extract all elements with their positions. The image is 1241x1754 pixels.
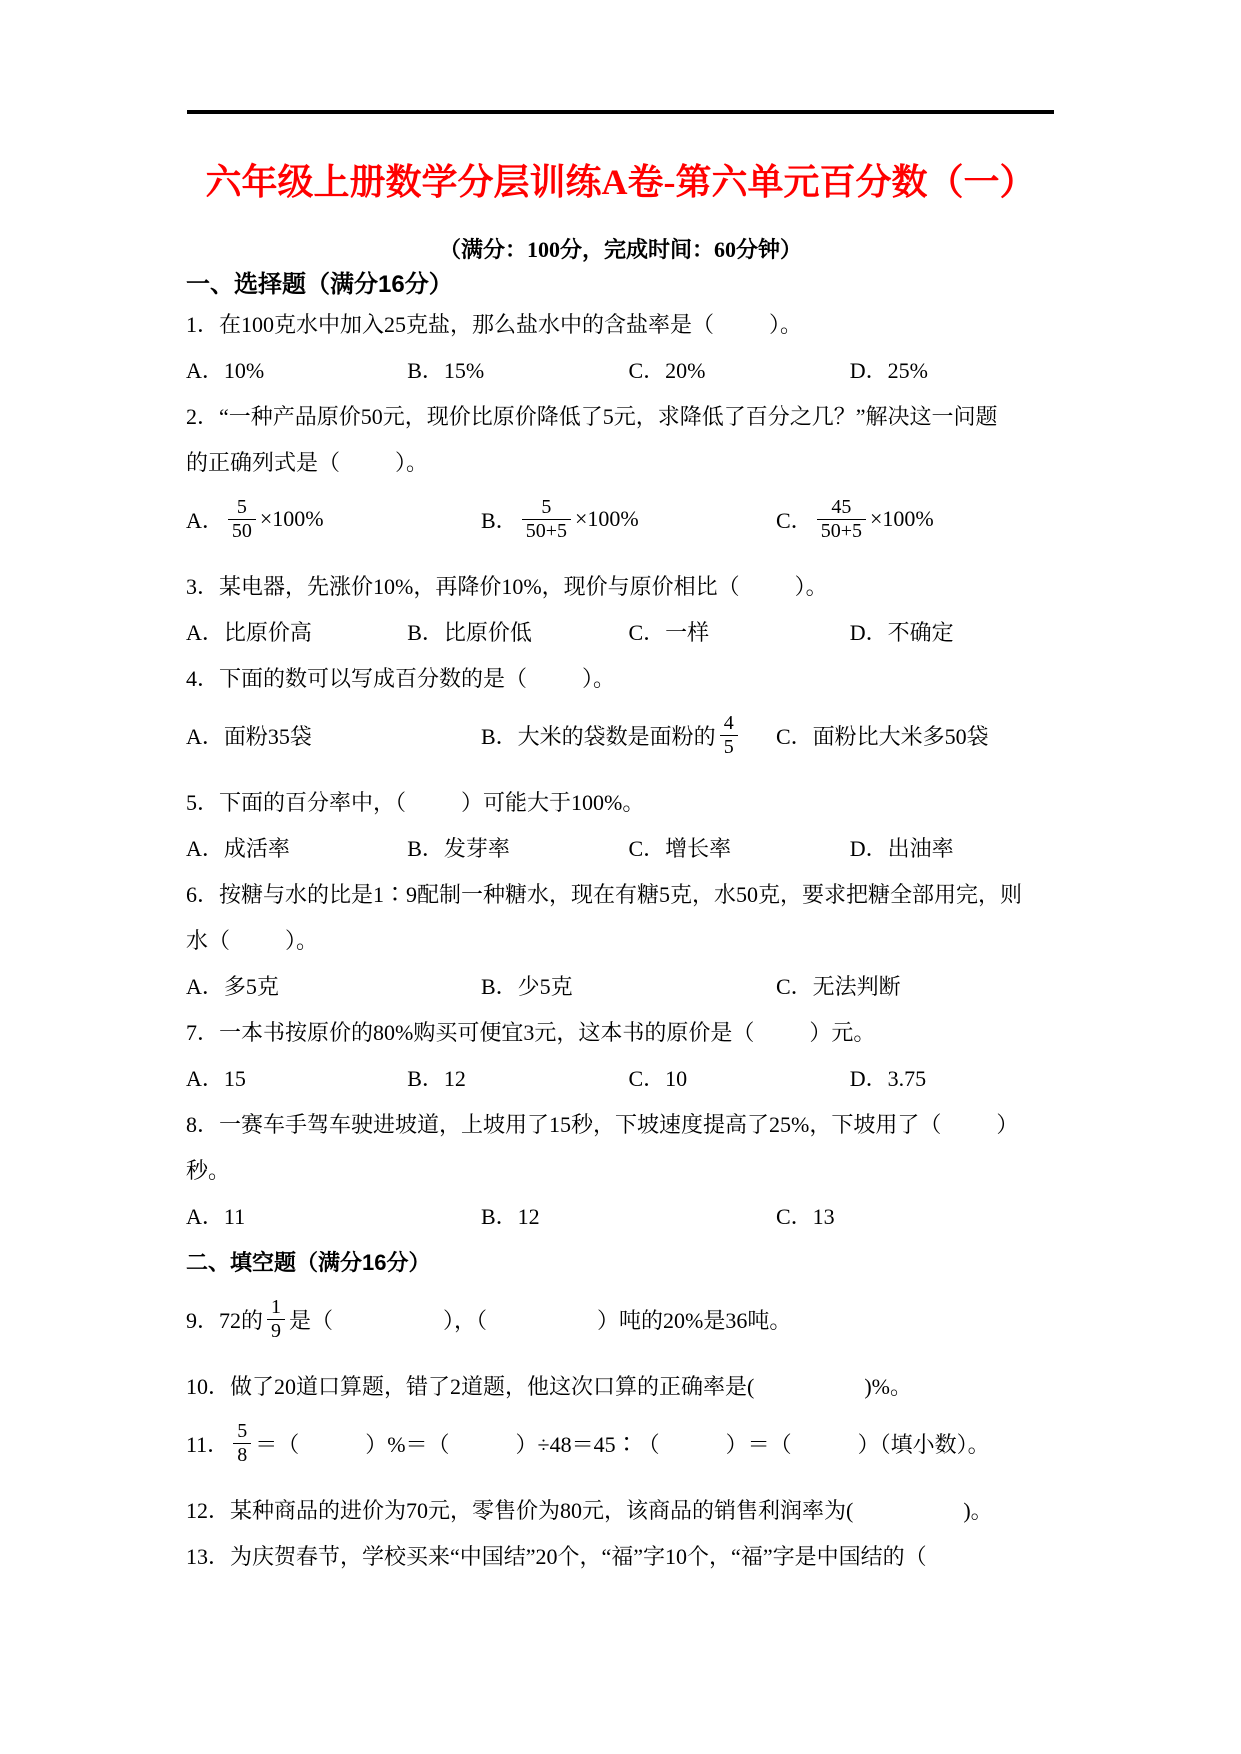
fraction-numerator: 5: [233, 496, 251, 519]
question-5-option-b: B．发芽率: [407, 832, 628, 863]
question-1-text: 1．在100克水中加入25克盐，那么盐水中的含盐率是（ ）。: [186, 308, 802, 339]
question-10: 10．做了20道口算题，错了2道题，他这次口算的正确率是( )%。: [186, 1362, 1071, 1408]
header-rule: [187, 110, 1054, 114]
question-1-option-a: A．10%: [186, 354, 407, 385]
exam-subtitle: （满分：100分，完成时间：60分钟）: [0, 238, 1241, 262]
question-6-options: A．多5克 B．少5克 C．无法判断: [186, 962, 1071, 1008]
question-4-option-a: A．面粉35袋: [186, 720, 481, 751]
question-7-option-a: A．15: [186, 1062, 407, 1093]
question-13: 13．为庆贺春节，学校买来“中国结”20个，“福”字10个，“福”字是中国结的（: [186, 1532, 1071, 1578]
question-4-option-b: B．大米的袋数是面粉的 4 5: [481, 712, 776, 759]
question-9-suffix: 是（ ），（ ）吨的20%是36吨。: [289, 1304, 791, 1335]
question-3-option-c: C．一样: [629, 616, 850, 647]
fraction-numerator: 45: [827, 496, 855, 519]
question-7-option-b: B．12: [407, 1062, 628, 1093]
question-5-text: 5．下面的百分率中，（ ）可能大于100%。: [186, 786, 644, 817]
question-12-text: 12．某种商品的进价为70元，零售价为80元，该商品的销售利润率为( )。: [186, 1494, 993, 1525]
question-2-option-b: B． 5 50+5 ×100%: [481, 496, 776, 543]
question-8-text-1: 8．一赛车手驾车驶进坡道，上坡用了15秒，下坡速度提高了25%，下坡用了（ ）: [186, 1108, 1018, 1139]
question-2-option-c: C． 45 50+5 ×100%: [776, 496, 1071, 543]
question-2-line-2: 的正确列式是（ ）。: [186, 438, 1071, 484]
question-11-suffix: ＝（ ）%＝（ ）÷48＝45∶（ ）＝（ ）（填小数）。: [255, 1428, 989, 1459]
fraction-denominator: 50: [228, 519, 256, 543]
question-6-option-c: C．无法判断: [776, 970, 1071, 1001]
question-6-text-2: 水（ ）。: [186, 924, 318, 955]
option-text: B．大米的袋数是面粉的: [481, 720, 716, 751]
fraction-numerator: 5: [537, 496, 555, 519]
question-6-line-2: 水（ ）。: [186, 916, 1071, 962]
question-4-options: A．面粉35袋 B．大米的袋数是面粉的 4 5 C．面粉比大米多50袋: [186, 700, 1071, 770]
question-13-text: 13．为庆贺春节，学校买来“中国结”20个，“福”字10个，“福”字是中国结的（: [186, 1540, 927, 1571]
section-choice-heading: 一、选择题（满分16分）: [186, 262, 1071, 300]
fraction-numerator: 4: [720, 712, 738, 735]
question-1: 1．在100克水中加入25克盐，那么盐水中的含盐率是（ ）。: [186, 300, 1071, 346]
exam-title: 六年级上册数学分层训练A卷-第六单元百分数（一）: [40, 160, 1201, 204]
option-suffix: ×100%: [870, 506, 934, 532]
question-7-options: A．15 B．12 C．10 D．3.75: [186, 1054, 1071, 1100]
question-2-text-2: 的正确列式是（ ）。: [186, 446, 428, 477]
question-3-option-b: B．比原价低: [407, 616, 628, 647]
section-fill-heading: 二、填空题（满分16分）: [186, 1238, 1071, 1284]
question-9: 9．72的 1 9 是（ ），（ ）吨的20%是36吨。: [186, 1284, 1071, 1354]
exam-body: 一、选择题（满分16分） 1．在100克水中加入25克盐，那么盐水中的含盐率是（…: [0, 262, 1241, 1578]
question-5-option-d: D．出油率: [850, 832, 1071, 863]
question-1-option-d: D．25%: [850, 354, 1071, 385]
question-9-prefix: 9．72的: [186, 1304, 263, 1335]
question-3-option-a: A．比原价高: [186, 616, 407, 647]
option-label: B．: [481, 504, 518, 535]
exam-page: 六年级上册数学分层训练A卷-第六单元百分数（一） （满分：100分，完成时间：6…: [0, 0, 1241, 1754]
question-3-option-d: D．不确定: [850, 616, 1071, 647]
question-3-options: A．比原价高 B．比原价低 C．一样 D．不确定: [186, 608, 1071, 654]
option-suffix: ×100%: [575, 506, 639, 532]
question-8-line-2: 秒。: [186, 1146, 1071, 1192]
question-6-text-1: 6．按糖与水的比是1∶9配制一种糖水，现在有糖5克，水50克，要求把糖全部用完，…: [186, 878, 1022, 909]
question-5: 5．下面的百分率中，（ ）可能大于100%。: [186, 778, 1071, 824]
question-4-option-c: C．面粉比大米多50袋: [776, 720, 1071, 751]
fraction-numerator: 1: [267, 1296, 285, 1319]
question-8-option-b: B．12: [481, 1200, 776, 1231]
question-1-option-c: C．20%: [629, 354, 850, 385]
option-label: C．: [776, 504, 813, 535]
question-8-line-1: 8．一赛车手驾车驶进坡道，上坡用了15秒，下坡速度提高了25%，下坡用了（ ）: [186, 1100, 1071, 1146]
question-8-option-c: C．13: [776, 1200, 1071, 1231]
question-6-option-b: B．少5克: [481, 970, 776, 1001]
question-5-option-a: A．成活率: [186, 832, 407, 863]
question-12: 12．某种商品的进价为70元，零售价为80元，该商品的销售利润率为( )。: [186, 1486, 1071, 1532]
question-7-option-c: C．10: [629, 1062, 850, 1093]
fraction-denominator: 50+5: [522, 519, 571, 543]
question-6-line-1: 6．按糖与水的比是1∶9配制一种糖水，现在有糖5克，水50克，要求把糖全部用完，…: [186, 870, 1071, 916]
fraction: 5 50: [228, 496, 256, 543]
fraction: 1 9: [267, 1296, 285, 1343]
question-8-option-a: A．11: [186, 1200, 481, 1231]
question-11: 11． 5 8 ＝（ ）%＝（ ）÷48＝45∶（ ）＝（ ）（填小数）。: [186, 1408, 1071, 1478]
question-6-option-a: A．多5克: [186, 970, 481, 1001]
fraction-denominator: 5: [720, 735, 738, 759]
question-8-text-2: 秒。: [186, 1154, 230, 1185]
question-5-option-c: C．增长率: [629, 832, 850, 863]
fraction-denominator: 50+5: [817, 519, 866, 543]
question-1-option-b: B．15%: [407, 354, 628, 385]
question-4-text: 4．下面的数可以写成百分数的是（ ）。: [186, 662, 615, 693]
fraction: 5 50+5: [522, 496, 571, 543]
question-11-prefix: 11．: [186, 1428, 229, 1459]
question-3: 3．某电器，先涨价10%，再降价10%，现价与原价相比（ ）。: [186, 562, 1071, 608]
question-2-options: A． 5 50 ×100% B． 5 50+5 ×100% C． 45: [186, 484, 1071, 554]
fraction-denominator: 9: [267, 1319, 285, 1343]
option-label: A．: [186, 504, 224, 535]
fraction: 5 8: [233, 1420, 251, 1467]
fraction: 45 50+5: [817, 496, 866, 543]
question-10-text: 10．做了20道口算题，错了2道题，他这次口算的正确率是( )%。: [186, 1370, 912, 1401]
question-7-text: 7．一本书按原价的80%购买可便宜3元，这本书的原价是（ ）元。: [186, 1016, 875, 1047]
fraction-denominator: 8: [233, 1443, 251, 1467]
option-suffix: ×100%: [260, 506, 324, 532]
question-1-options: A．10% B．15% C．20% D．25%: [186, 346, 1071, 392]
question-2-option-a: A． 5 50 ×100%: [186, 496, 481, 543]
question-2-line-1: 2．“一种产品原价50元，现价比原价降低了5元，求降低了百分之几？”解决这一问题: [186, 392, 1071, 438]
question-4: 4．下面的数可以写成百分数的是（ ）。: [186, 654, 1071, 700]
fraction: 4 5: [720, 712, 738, 759]
question-3-text: 3．某电器，先涨价10%，再降价10%，现价与原价相比（ ）。: [186, 570, 828, 601]
question-8-options: A．11 B．12 C．13: [186, 1192, 1071, 1238]
question-7: 7．一本书按原价的80%购买可便宜3元，这本书的原价是（ ）元。: [186, 1008, 1071, 1054]
fraction-numerator: 5: [233, 1420, 251, 1443]
question-2-text-1: 2．“一种产品原价50元，现价比原价降低了5元，求降低了百分之几？”解决这一问题: [186, 400, 998, 431]
question-7-option-d: D．3.75: [850, 1062, 1071, 1093]
question-5-options: A．成活率 B．发芽率 C．增长率 D．出油率: [186, 824, 1071, 870]
